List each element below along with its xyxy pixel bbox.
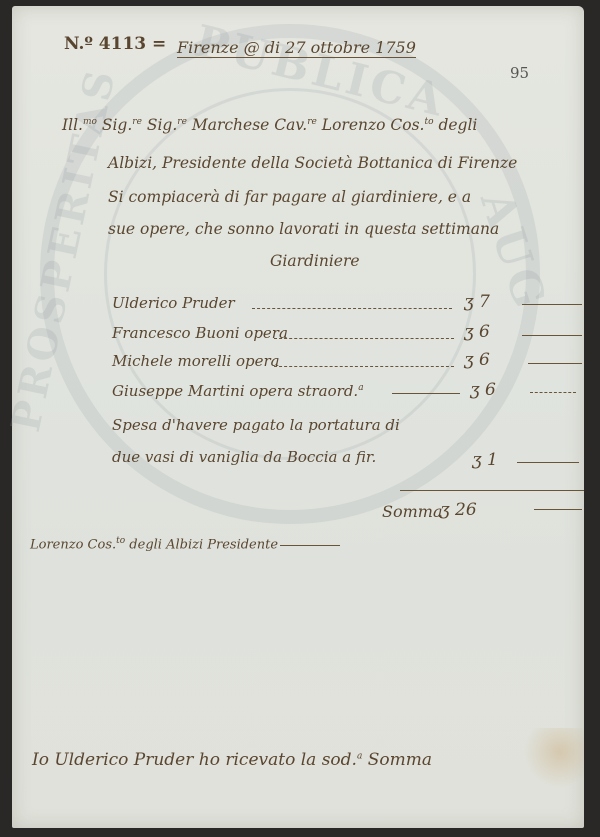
entry-amount: ʒ 6 <box>470 380 496 400</box>
document-page: PUBLICA PROSPERITAS AUG N.º 4113 = Firen… <box>12 6 584 828</box>
page-number: 95 <box>510 64 529 82</box>
signature-part: degli Albizi Presidente <box>125 537 278 552</box>
body-line-1: Si compiacerà di far pagare al giardinie… <box>108 188 471 206</box>
amount-value: 7 <box>479 292 490 312</box>
total-amount: ʒ 26 <box>440 500 477 520</box>
superscript: to <box>116 536 125 546</box>
salutation-part: Ill. <box>62 116 83 134</box>
expense-line-1: Spesa d'havere pagato la portatura di <box>112 416 400 434</box>
superscript: mo <box>83 117 97 127</box>
superscript: re <box>132 117 142 127</box>
president-signature: Lorenzo Cos.to degli Albizi Presidente <box>30 536 278 552</box>
currency-symbol: ʒ <box>464 292 474 312</box>
entry-amount: ʒ 7 <box>464 292 490 312</box>
watermark-seal-inner-ring <box>104 88 476 460</box>
amount-value: 6 <box>479 350 490 370</box>
entry-amount: ʒ 6 <box>464 322 490 342</box>
water-stain <box>524 728 584 788</box>
leader-dash <box>392 393 460 394</box>
receipt-part: Somma <box>362 750 432 770</box>
expense-line-2: due vasi di vaniglia da Boccia a fir. <box>112 448 376 466</box>
currency-symbol: ʒ <box>470 380 480 400</box>
signature-part: Lorenzo Cos. <box>30 537 116 552</box>
place-date: Firenze @ di 27 ottobre 1759 <box>177 38 416 58</box>
receipt-part: Io Ulderico Pruder ho ricevato la sod. <box>32 750 357 770</box>
currency-symbol: ʒ <box>472 450 482 470</box>
amount-value: 1 <box>487 450 498 470</box>
salutation-part: Lorenzo Cos. <box>317 116 425 134</box>
superscript: a <box>358 383 363 393</box>
currency-symbol: ʒ <box>440 500 450 520</box>
signature-rule <box>280 545 340 546</box>
document-number: N.º 4113 = <box>64 34 166 54</box>
amount-value: 6 <box>485 380 496 400</box>
currency-symbol: ʒ <box>464 350 474 370</box>
salutation-part: Sig. <box>97 116 132 134</box>
superscript: to <box>424 117 433 127</box>
entry-name: Michele morelli opera <box>112 352 280 370</box>
salutation-part: Sig. <box>142 116 177 134</box>
trailing-rule <box>530 392 576 393</box>
leader-dash <box>274 366 454 367</box>
entry-amount: ʒ 6 <box>464 350 490 370</box>
trailing-rule <box>528 363 582 364</box>
salutation-line-2: Albizi, Presidente della Società Bottani… <box>108 154 517 172</box>
trailing-rule <box>522 335 582 336</box>
entry-name-text: Giuseppe Martini opera straord. <box>112 382 358 400</box>
salutation-line-1: Ill.mo Sig.re Sig.re Marchese Cav.re Lor… <box>62 116 477 134</box>
currency-symbol: ʒ <box>464 322 474 342</box>
entry-name: Francesco Buoni opera <box>112 324 288 342</box>
trailing-rule <box>522 304 582 305</box>
salutation-part: Marchese Cav. <box>187 116 307 134</box>
receipt-acknowledgement: Io Ulderico Pruder ho ricevato la sod.a … <box>32 750 432 770</box>
entry-name: Giuseppe Martini opera straord.a <box>112 382 364 400</box>
superscript: re <box>307 117 317 127</box>
entry-name: Ulderico Pruder <box>112 294 235 312</box>
leader-dash <box>274 338 454 339</box>
salutation-part: degli <box>434 116 478 134</box>
total-label: Somma <box>382 502 442 521</box>
section-heading: Giardiniere <box>270 252 360 270</box>
superscript: re <box>177 117 187 127</box>
total-rule <box>400 490 584 491</box>
amount-value: 26 <box>455 500 477 520</box>
amount-value: 6 <box>479 322 490 342</box>
expense-amount: ʒ 1 <box>472 450 498 470</box>
trailing-rule <box>534 509 582 510</box>
body-line-2: sue opere, che sonno lavorati in questa … <box>108 220 499 238</box>
leader-dash <box>252 308 452 309</box>
trailing-rule <box>517 462 579 463</box>
